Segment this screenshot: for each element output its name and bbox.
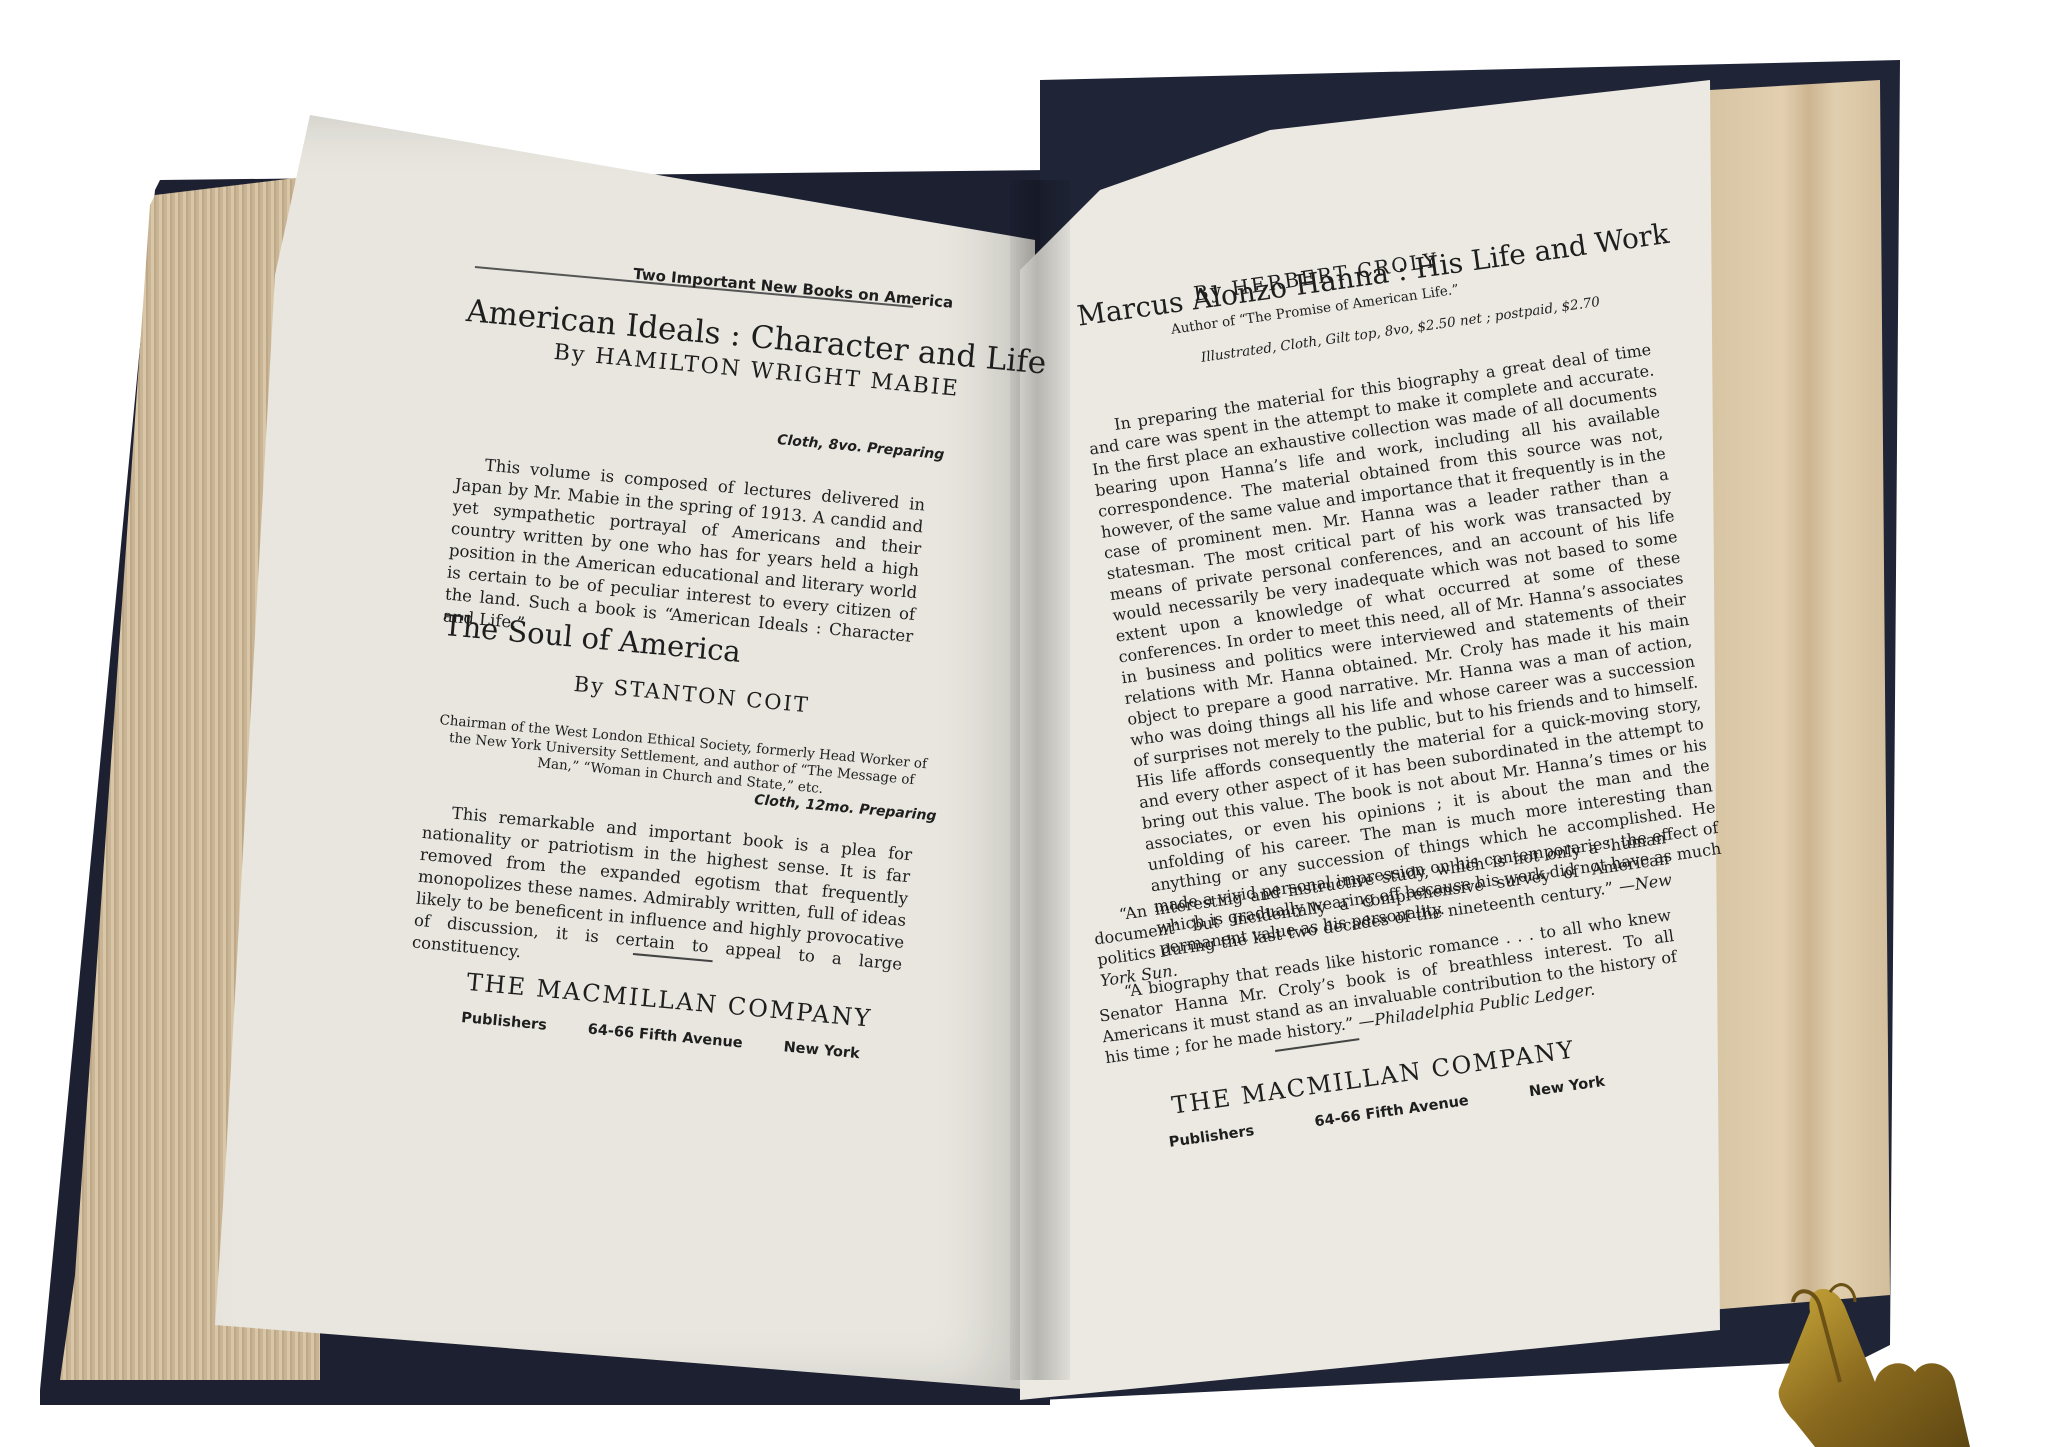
- brass-hand-page-holder: [1755, 1262, 1985, 1447]
- right-page-block-edge: [1710, 80, 1890, 1310]
